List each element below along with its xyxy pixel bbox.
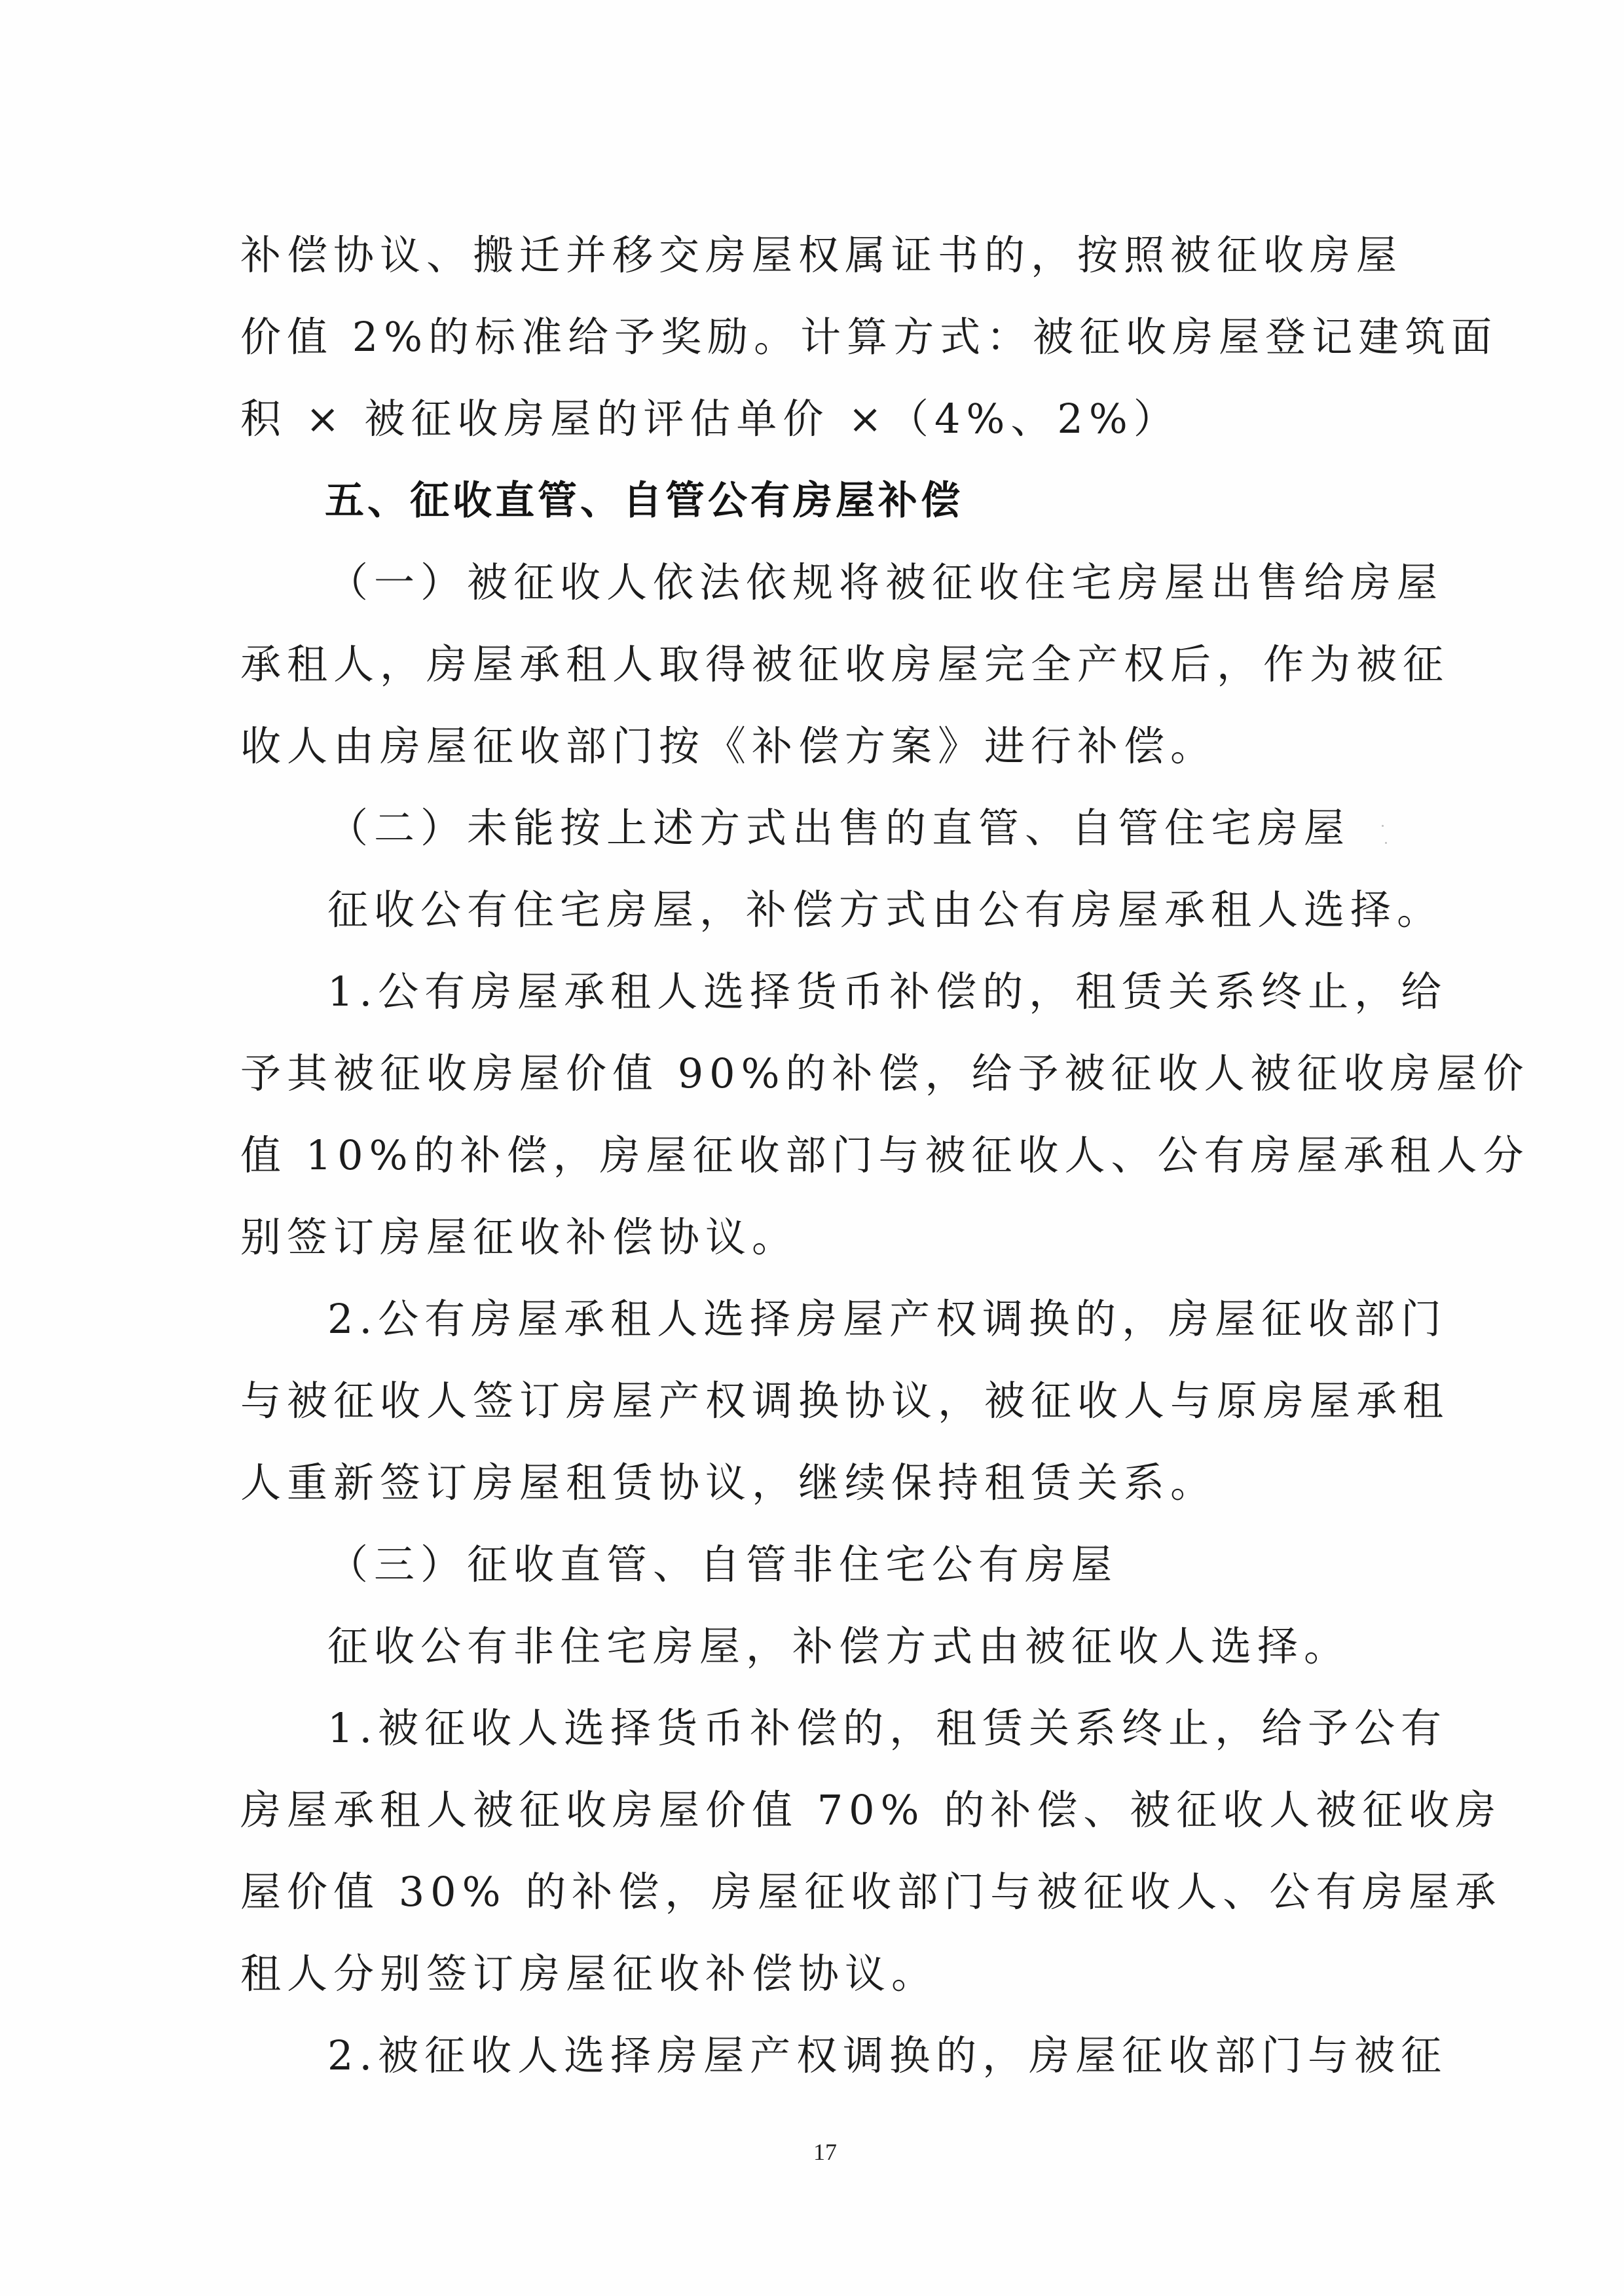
item-3-1-first-line: 1.被征收人选择货币补偿的，租赁关系终止，给予公有 (327, 1699, 1460, 1758)
subsection-1-first-line: （一）被征收人依法依规将被征收住宅房屋出售给房屋 (327, 553, 1460, 612)
subsection-3-intro: 征收公有非住宅房屋，补偿方式由被征收人选择。 (327, 1617, 1460, 1676)
body-line-21: 屋价值 30% 的补偿，房屋征收部门与被征收人、公有房屋承 (240, 1863, 1373, 1922)
body-line-11: 予其被征收房屋价值 90%的补偿，给予被征收人被征收房屋价 (240, 1044, 1373, 1103)
subsection-2-title: （二）未能按上述方式出售的直管、自管住宅房屋 (327, 799, 1460, 858)
scan-speck (1382, 825, 1384, 827)
body-line-15: 与被征收人签订房屋产权调换协议，被征收人与原房屋承租 (240, 1372, 1373, 1430)
document-page: 补偿协议、搬迁并移交房屋权属证书的，按照被征收房屋 价值 2%的标准给予奖励。计… (0, 0, 1624, 2296)
scan-speck (1385, 842, 1387, 844)
body-line-20: 房屋承租人被征收房屋价值 70% 的补偿、被征收人被征收房 (240, 1781, 1373, 1840)
body-line-16: 人重新签订房屋租赁协议，继续保持租赁关系。 (240, 1453, 1373, 1512)
body-line-6: 承租人，房屋承租人取得被征收房屋完全产权后，作为被征 (240, 635, 1373, 694)
section-heading: 五、征收直管、自管公有房屋补偿 (325, 471, 1458, 530)
body-line-22: 租人分别签订房屋征收补偿协议。 (240, 1944, 1373, 2003)
body-line-3: 积 × 被征收房屋的评估单价 ×（4%、2%） (240, 390, 1373, 448)
body-line-1: 补偿协议、搬迁并移交房屋权属证书的，按照被征收房屋 (240, 226, 1373, 285)
body-line-2: 价值 2%的标准给予奖励。计算方式：被征收房屋登记建筑面 (240, 308, 1373, 367)
subsection-3-title: （三）征收直管、自管非住宅公有房屋 (327, 1535, 1460, 1594)
page-number: 17 (812, 2136, 838, 2168)
subsection-2-intro: 征收公有住宅房屋，补偿方式由公有房屋承租人选择。 (327, 881, 1460, 939)
scan-speck (432, 1467, 434, 1468)
body-line-12: 值 10%的补偿，房屋征收部门与被征收人、公有房屋承租人分 (240, 1126, 1373, 1185)
scan-speck (1327, 815, 1329, 817)
body-line-7: 收人由房屋征收部门按《补偿方案》进行补偿。 (240, 717, 1373, 776)
item-3-2-first-line: 2.被征收人选择房屋产权调换的，房屋征收部门与被征 (327, 2026, 1460, 2085)
item-2-1-first-line: 1.公有房屋承租人选择货币补偿的，租赁关系终止，给 (327, 962, 1460, 1021)
item-2-2-first-line: 2.公有房屋承租人选择房屋产权调换的，房屋征收部门 (327, 1290, 1460, 1349)
body-line-13: 别签订房屋征收补偿协议。 (240, 1208, 1373, 1267)
